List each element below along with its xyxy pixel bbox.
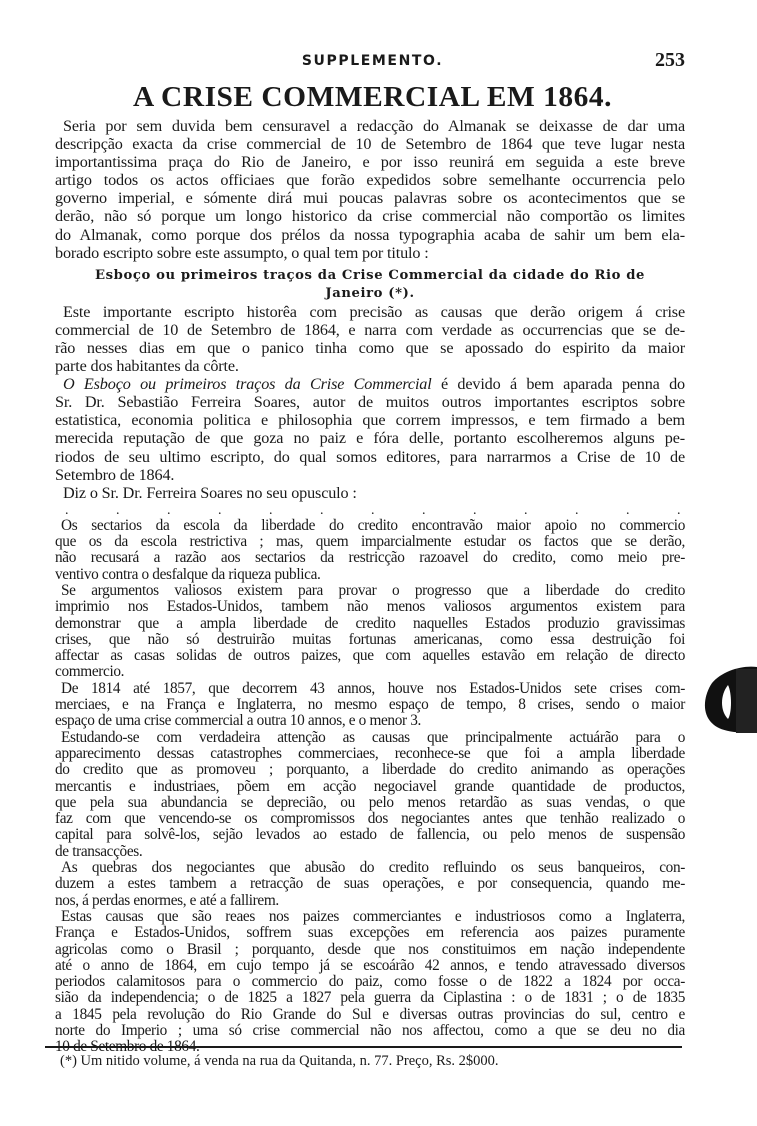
text-line: commercial de 10 de Setembro de 1864, e … [55,321,685,339]
footnote: (*) Um nitido volume, á venda na rua da … [60,1053,499,1070]
quote-line: imprimio nos Estados-Unidos, tambem não … [55,599,685,615]
quote-line: Os sectarios da escola da liberdade do c… [55,518,685,534]
quote-line: do credito que as promoveu ; porquanto, … [55,762,685,778]
ellipsis-dots: . . . . . . . . . . . . . . . . . . . . … [55,504,685,518]
page-number: 253 [655,49,685,72]
text-line: merecida reputação de que goza no paiz e… [55,429,685,447]
running-head: SUPPLEMENTO. 253 [60,51,685,73]
paragraph-3: O Esboço ou primeiros traços da Crise Co… [55,375,685,484]
quote-line: ventivo contra o desfalque da riqueza pu… [55,567,685,583]
quote-line: periodos calamitosos para o commercio do… [55,974,685,990]
quote-line: capital para solvê-los, sejão levados ao… [55,827,685,843]
text-line: artigo todos os actos officiaes que forã… [55,171,685,189]
text-line: Setembro de 1864. [55,466,685,484]
text-line: descripção exacta da crise commercial de… [55,135,685,153]
quote-line: sião da independencia; o de 1825 a 1827 … [55,990,685,1006]
quote-line: Se argumentos valiosos existem para prov… [55,583,685,599]
quote-line: nos, á perdas enormes, e até a fallirem. [55,893,685,909]
quote-line: As quebras dos negociantes que abusão do… [55,860,685,876]
quote-line: agricolas como o Brasil ; porquanto, des… [55,942,685,958]
text-line: Seria por sem duvida bem censuravel a re… [55,117,685,135]
subtitle-line: Esboço ou primeiros traços da Crise Comm… [55,267,685,285]
quote-line: que os da escola restrictiva ; mas, quem… [55,534,685,550]
running-title: SUPPLEMENTO. [60,53,685,69]
quote-line: faz com que vencendo-se os compromissos … [55,811,685,827]
quote-line: Estas causas que são reaes nos paizes co… [55,909,685,925]
text-line: estatistica, economia politica e philoso… [55,411,685,429]
italic-book-title: O Esboço ou primeiros traços da Crise Co… [63,375,432,393]
text-line: governo imperial, e sómente dirá mui pou… [55,189,685,207]
article-body: Seria por sem duvida bem censuravel a re… [55,117,685,1056]
quote-line: a 1845 pela revolução do Rio Grande do S… [55,1007,685,1023]
quote-line: até o anno de 1864, em cujo tempo já se … [55,958,685,974]
quote-line: commercio. [55,664,685,680]
text-line: O Esboço ou primeiros traços da Crise Co… [55,375,685,393]
text-line: parte dos habitantes da côrte. [55,357,685,375]
quote-line: affectar as casas solidas de outros paiz… [55,648,685,664]
text-line: derão, não só porque um longo historico … [55,207,685,225]
book-subtitle: Esboço ou primeiros traços da Crise Comm… [55,267,685,303]
quote-line: França e Estados-Unidos, soffrem suas ex… [55,925,685,941]
quote-line: não recusará a razão aos sectarios da re… [55,550,685,566]
text-line: Este importante escripto historêa com pr… [55,303,685,321]
paragraph-2: Este importante escripto historêa com pr… [55,303,685,375]
quote-line: De 1814 até 1857, que decorrem 43 annos,… [55,681,685,697]
footnote-rule [45,1046,682,1048]
quote-line: merciaes, e na França e Inglaterra, no m… [55,697,685,713]
text-line: borado escripto sobre este assumpto, o q… [55,244,685,262]
page-edge-mark-icon [702,663,757,735]
quote-line: norte do Imperio ; uma só crise commerci… [55,1023,685,1039]
text-line: importantissima praça do Rio de Janeiro,… [55,153,685,171]
text-line: do Almanak, como porque dos prélos da no… [55,226,685,244]
article-title: A CRISE COMMERCIAL EM 1864. [44,82,700,114]
quote-line: Estudando-se com verdadeira attenção as … [55,730,685,746]
quote-line: que pela sua abundancia se deprecião, ou… [55,795,685,811]
text-line: rão nesses dias em que o panico tinha co… [55,339,685,357]
quote-line: espaço de uma crise commercial a outra 1… [55,713,685,729]
subtitle-line: Janeiro (*). [55,285,685,303]
quote-line: apparecimento dessas catastrophes commer… [55,746,685,762]
document-page: SUPPLEMENTO. 253 A CRISE COMMERCIAL EM 1… [0,0,757,1126]
text-fragment: é devido á bem aparada penna do [432,375,685,393]
quote-line: duzem a estes tambem a retracção de suas… [55,876,685,892]
text-line: riodos de seu ultimo escripto, do qual s… [55,448,685,466]
quote-line: mercantis e industriaes, põem em acção n… [55,779,685,795]
paragraph-4: Diz o Sr. Dr. Ferreira Soares no seu opu… [55,484,685,502]
quote-line: crises, que não só destruirão muitas for… [55,632,685,648]
quoted-passage: Os sectarios da escola da liberdade do c… [55,518,685,1056]
quote-line: demonstrar que a ampla liberdade de cred… [55,616,685,632]
text-line: Sr. Dr. Sebastião Ferreira Soares, autor… [55,393,685,411]
intro-paragraph: Seria por sem duvida bem censuravel a re… [55,117,685,262]
quote-line: de transacções. [55,844,685,860]
